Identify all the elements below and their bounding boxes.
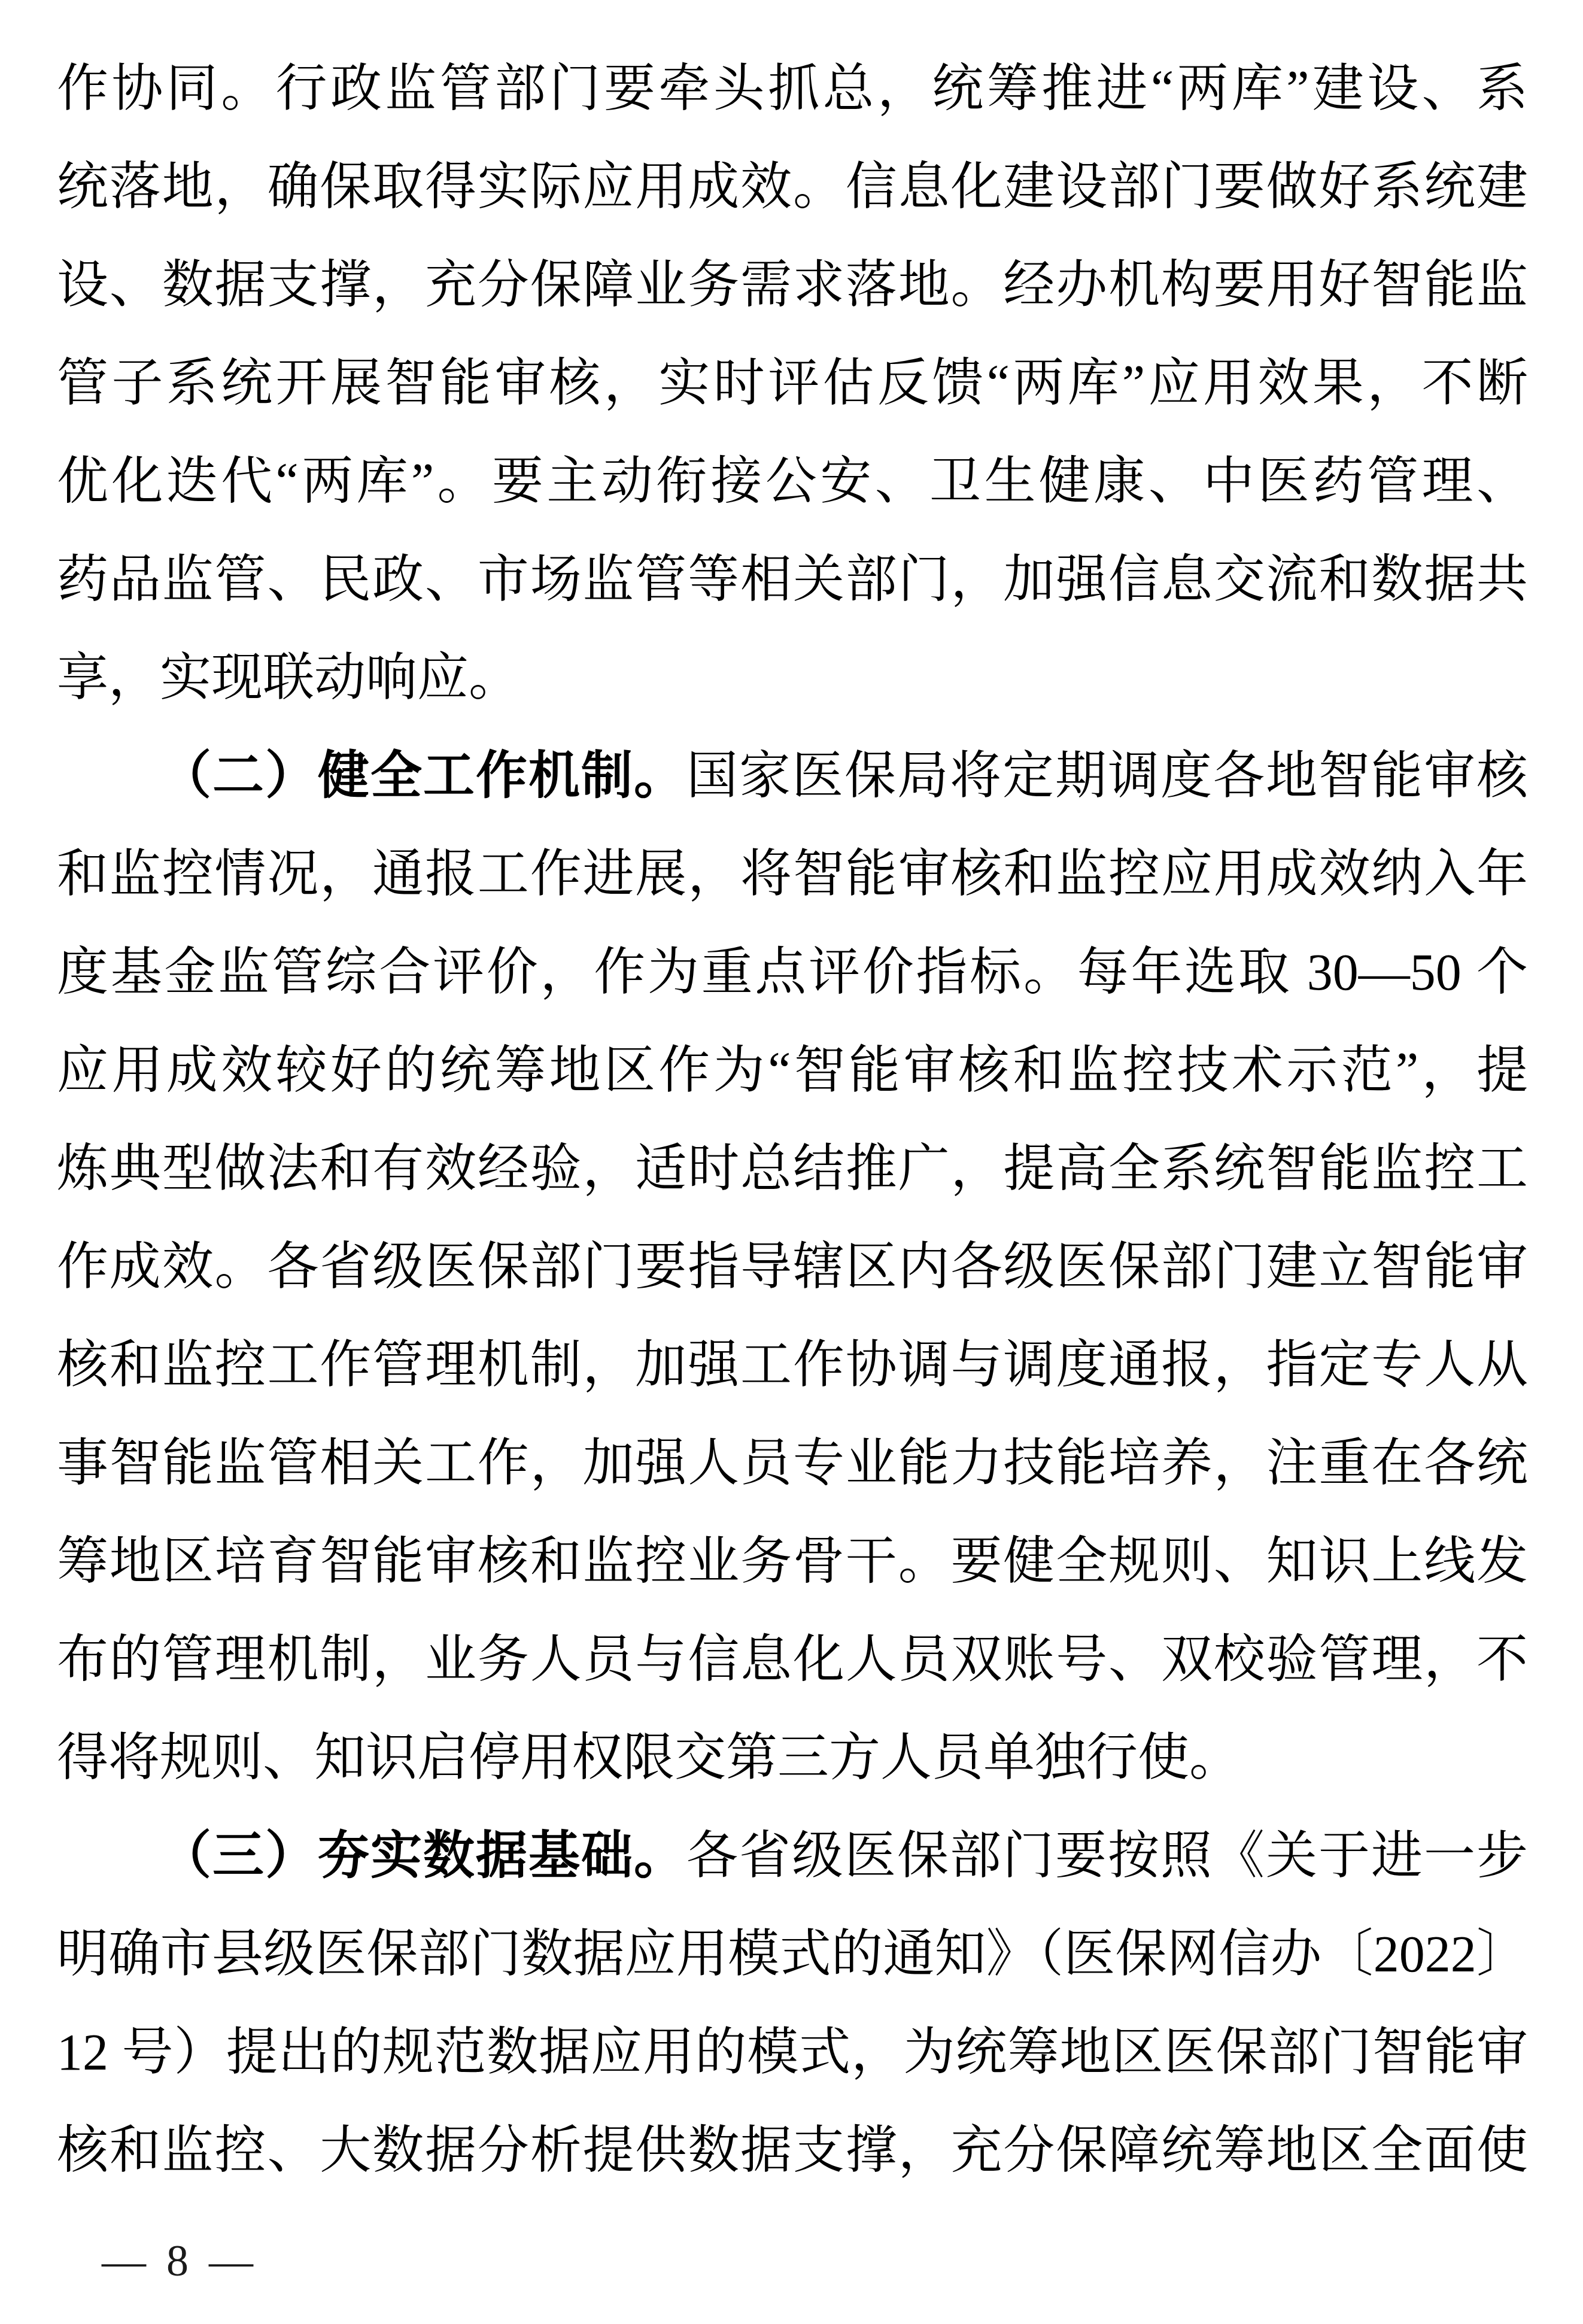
footer-right-dash: — [209, 2237, 253, 2286]
text-line: 统落地，确保取得实际应用成效。信息化建设部门要做好系统建 [57, 138, 1528, 236]
body-text: 布的管理机制，业务人员与信息化人员双账号、双校验管理，不 [57, 1631, 1528, 1688]
text-line: 药品监管、民政、市场监管等相关部门，加强信息交流和数据共 [57, 530, 1528, 629]
text-line: 事智能监管相关工作，加强人员专业能力技能培养，注重在各统 [57, 1414, 1528, 1512]
text-line: 应用成效较好的统筹地区作为“智能审核和监控技术示范”，提 [57, 1021, 1528, 1119]
body-text: 核和监控、大数据分析提供数据支撑，充分保障统筹地区全面使 [57, 2122, 1528, 2179]
text-line: 筹地区培育智能审核和监控业务骨干。要健全规则、知识上线发 [57, 1512, 1528, 1610]
body-text: 筹地区培育智能审核和监控业务骨干。要健全规则、知识上线发 [57, 1533, 1528, 1590]
body-text: 炼典型做法和有效经验，适时总结推广，提高全系统智能监控工 [57, 1140, 1528, 1197]
document-body: 作协同。行政监管部门要牵头抓总，统筹推进“两库”建设、系统落地，确保取得实际应用… [57, 40, 1528, 2199]
text-line: （二）健全工作机制。国家医保局将定期调度各地智能审核 [57, 727, 1528, 825]
body-text: 优化迭代“两库”。要主动衔接公安、卫生健康、中医药管理、 [57, 453, 1528, 510]
text-line: 和监控情况，通报工作进展，将智能审核和监控应用成效纳入年 [57, 825, 1528, 923]
text-line: 得将规则、知识启停用权限交第三方人员单独行使。 [57, 1709, 1528, 1807]
body-text: 管子系统开展智能审核，实时评估反馈“两库”应用效果，不断 [57, 354, 1528, 412]
body-text: 药品监管、民政、市场监管等相关部门，加强信息交流和数据共 [57, 551, 1528, 608]
text-line: 享，实现联动响应。 [57, 629, 1528, 727]
text-line: 明确市县级医保部门数据应用模式的通知》（医保网信办〔2022〕 [57, 1905, 1528, 2003]
body-text: 得将规则、知识启停用权限交第三方人员单独行使。 [57, 1729, 1241, 1786]
body-text: 明确市县级医保部门数据应用模式的通知》（医保网信办〔2022〕 [57, 1925, 1528, 1983]
body-text: 设、数据支撑，充分保障业务需求落地。经办机构要用好智能监 [57, 256, 1528, 314]
body-text: 核和监控工作管理机制，加强工作协调与调度通报，指定专人从 [57, 1336, 1528, 1394]
text-line: 优化迭代“两库”。要主动衔接公安、卫生健康、中医药管理、 [57, 432, 1528, 530]
body-text: 和监控情况，通报工作进展，将智能审核和监控应用成效纳入年 [57, 845, 1528, 903]
body-text: 统落地，确保取得实际应用成效。信息化建设部门要做好系统建 [57, 158, 1528, 216]
body-text: 享，实现联动响应。 [57, 649, 520, 706]
body-text: 作协同。行政监管部门要牵头抓总，统筹推进“两库”建设、系 [57, 60, 1528, 117]
page-number: 8 [146, 2237, 209, 2286]
text-line: 管子系统开展智能审核，实时评估反馈“两库”应用效果，不断 [57, 334, 1528, 432]
body-text: 各省级医保部门要按照《关于进一步 [686, 1827, 1528, 1885]
text-line: 度基金监管综合评价，作为重点评价指标。每年选取 30—50 个 [57, 923, 1528, 1021]
text-line: 炼典型做法和有效经验，适时总结推广，提高全系统智能监控工 [57, 1119, 1528, 1218]
text-line: 设、数据支撑，充分保障业务需求落地。经办机构要用好智能监 [57, 236, 1528, 334]
body-text: 国家医保局将定期调度各地智能审核 [686, 747, 1528, 805]
document-page: 作协同。行政监管部门要牵头抓总，统筹推进“两库”建设、系统落地，确保取得实际应用… [0, 0, 1583, 2324]
body-text: 度基金监管综合评价，作为重点评价指标。每年选取 30—50 个 [57, 943, 1528, 1001]
text-line: （三）夯实数据基础。各省级医保部门要按照《关于进一步 [57, 1807, 1528, 1905]
section-heading-text: （三）夯实数据基础。 [160, 1827, 686, 1885]
body-text: 作成效。各省级医保部门要指导辖区内各级医保部门建立智能审 [57, 1238, 1528, 1296]
text-line: 12 号）提出的规范数据应用的模式，为统筹地区医保部门智能审 [57, 2003, 1528, 2101]
text-line: 布的管理机制，业务人员与信息化人员双账号、双校验管理，不 [57, 1610, 1528, 1709]
text-line: 核和监控、大数据分析提供数据支撑，充分保障统筹地区全面使 [57, 2101, 1528, 2199]
section-heading-text: （二）健全工作机制。 [160, 747, 686, 805]
body-text: 应用成效较好的统筹地区作为“智能审核和监控技术示范”，提 [57, 1042, 1528, 1099]
footer-left-dash: — [102, 2237, 146, 2286]
body-text: 事智能监管相关工作，加强人员专业能力技能培养，注重在各统 [57, 1434, 1528, 1492]
text-line: 作成效。各省级医保部门要指导辖区内各级医保部门建立智能审 [57, 1218, 1528, 1316]
text-line: 核和监控工作管理机制，加强工作协调与调度通报，指定专人从 [57, 1316, 1528, 1414]
page-footer: —8— [102, 2228, 253, 2294]
text-line: 作协同。行政监管部门要牵头抓总，统筹推进“两库”建设、系 [57, 40, 1528, 138]
body-text: 12 号）提出的规范数据应用的模式，为统筹地区医保部门智能审 [57, 2023, 1528, 2081]
